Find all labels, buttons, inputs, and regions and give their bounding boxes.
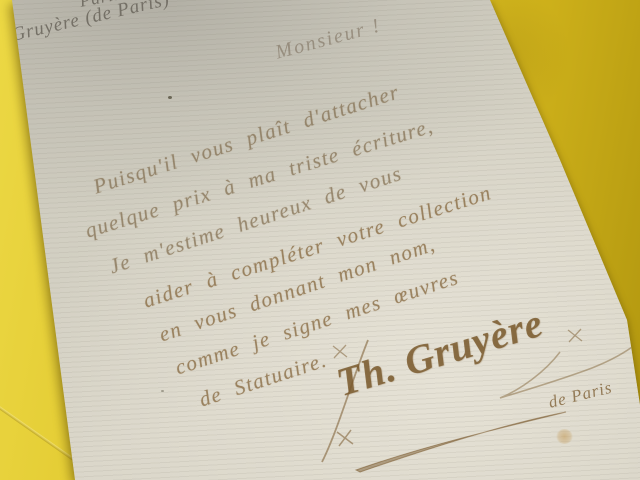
paper-speck [161, 390, 164, 392]
letter-paper: Paris 18.. Gruyère (de Paris) Monsieur !… [0, 0, 640, 480]
paper-speck [168, 96, 172, 99]
letter-salutation: Monsieur ! [273, 14, 383, 63]
pencil-annotation-name: Gruyère (de Paris) [10, 0, 172, 47]
letter-photograph: Paris 18.. Gruyère (de Paris) Monsieur !… [0, 0, 640, 480]
signature-place: de Paris [547, 379, 615, 413]
paper-stain [556, 429, 573, 444]
paper-shadow-wrap: Paris 18.. Gruyère (de Paris) Monsieur !… [0, 0, 640, 480]
